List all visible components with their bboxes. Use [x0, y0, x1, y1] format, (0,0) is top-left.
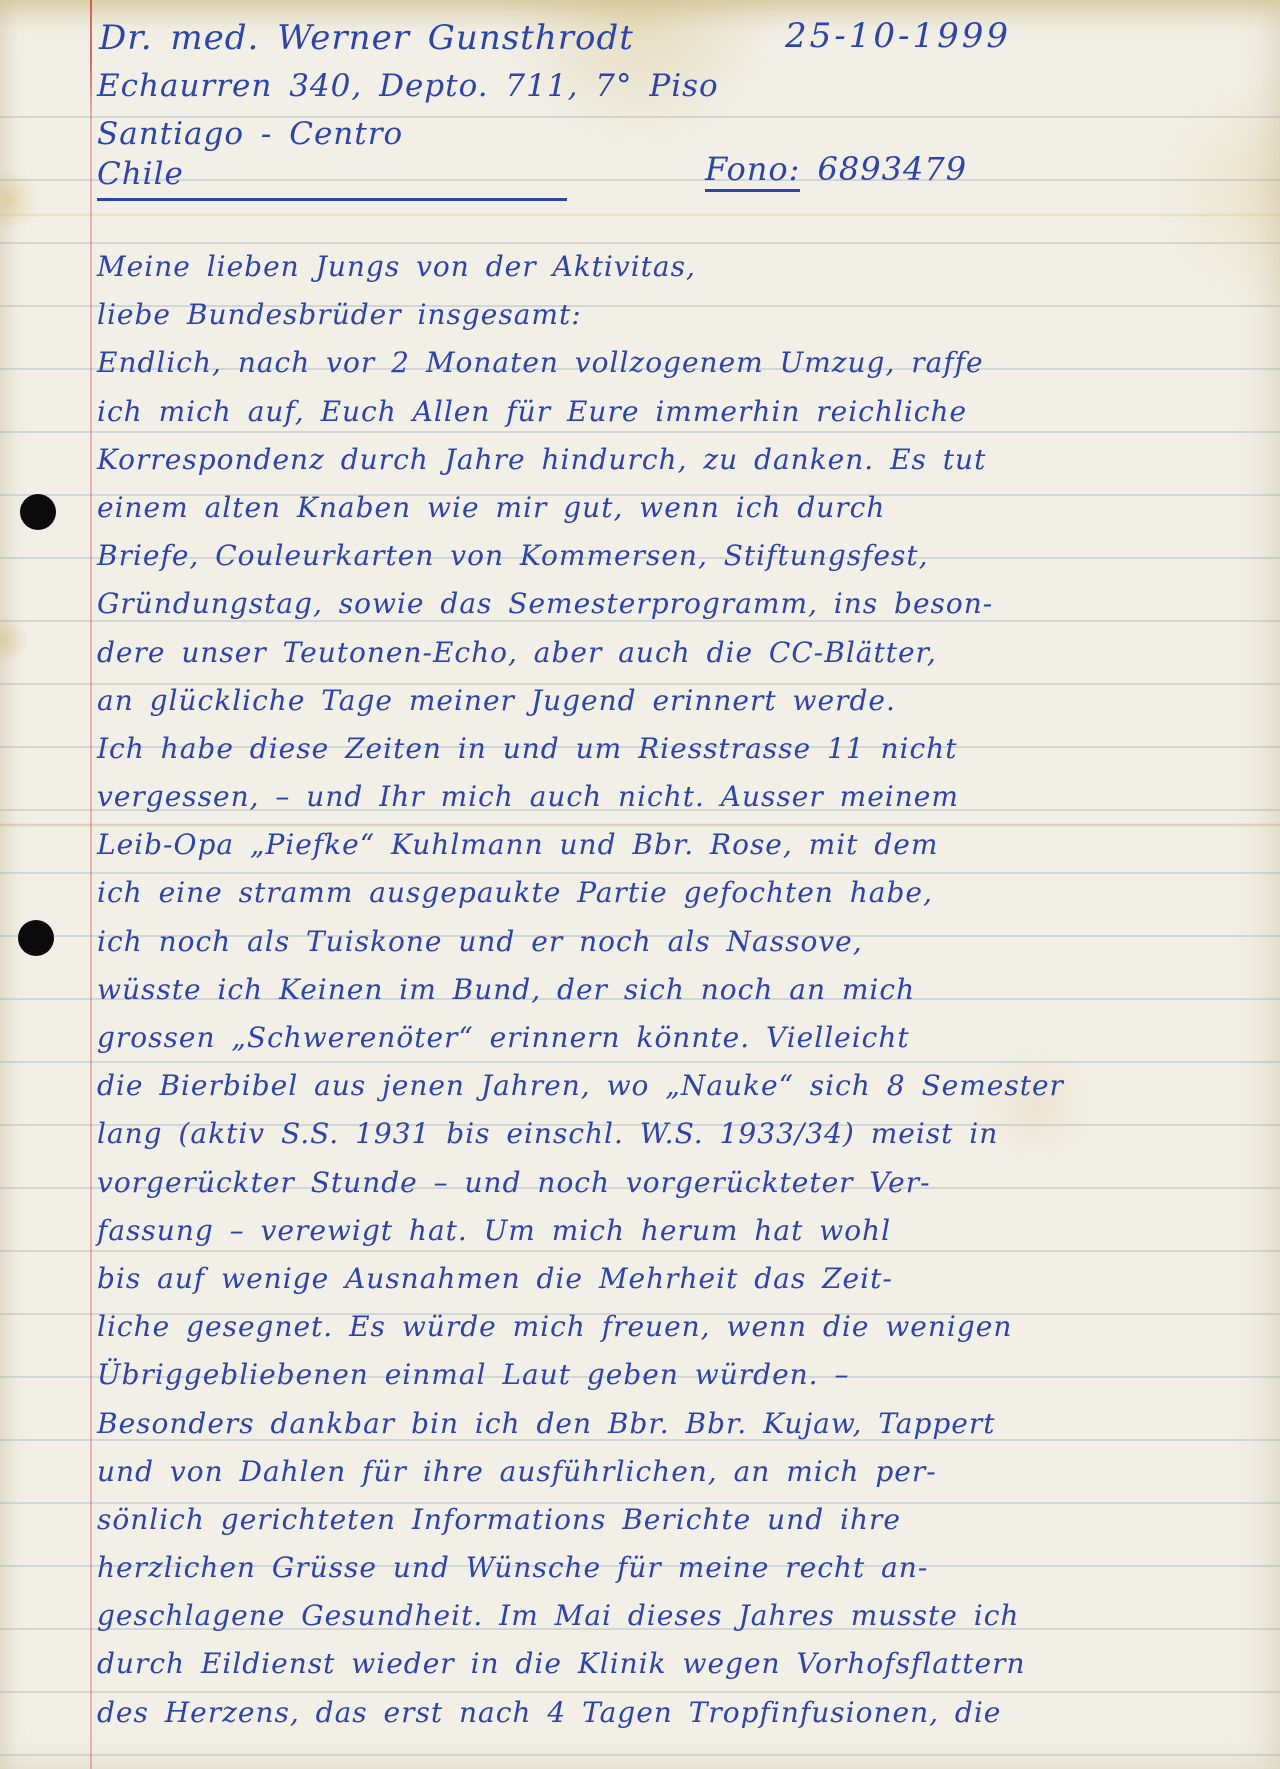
handwritten-line: durch Eildienst wieder in die Klinik weg… [97, 1640, 1157, 1688]
handwritten-line: die Bierbibel aus jenen Jahren, wo „Nauk… [97, 1062, 1157, 1110]
handwritten-line: wüsste ich Keinen im Bund, der sich noch… [97, 966, 1157, 1014]
handwritten-line: ich noch als Tuiskone und er noch als Na… [97, 918, 1157, 966]
handwritten-line: Besonders dankbar bin ich den Bbr. Bbr. … [97, 1400, 1157, 1448]
handwritten-line: herzlichen Grüsse und Wünsche für meine … [97, 1544, 1157, 1592]
phone-number: 6893479 [818, 150, 968, 188]
handwritten-line: geschlagene Gesundheit. Im Mai dieses Ja… [97, 1592, 1157, 1640]
handwritten-line: Übriggebliebenen einmal Laut geben würde… [97, 1351, 1157, 1399]
handwritten-line: Meine lieben Jungs von der Aktivitas, [97, 243, 1157, 291]
handwritten-line: vorgerückter Stunde – und noch vorgerück… [97, 1159, 1157, 1207]
letter-date: 25-10-1999 [785, 16, 1011, 56]
handwritten-line: Ich habe diese Zeiten in und um Riesstra… [97, 725, 1157, 773]
country-underline [97, 198, 567, 201]
handwritten-line: einem alten Knaben wie mir gut, wenn ich… [97, 484, 1157, 532]
handwritten-line: vergessen, – und Ihr mich auch nicht. Au… [97, 773, 1157, 821]
handwritten-line: ich eine stramm ausgepaukte Partie gefoc… [97, 869, 1157, 917]
sender-address: Echaurren 340, Depto. 711, 7° Piso [97, 68, 719, 104]
handwritten-line: dere unser Teutonen-Echo, aber auch die … [97, 629, 1157, 677]
handwritten-line: Korrespondenz durch Jahre hindurch, zu d… [97, 436, 1157, 484]
handwritten-line: ich mich auf, Euch Allen für Eure immerh… [97, 388, 1157, 436]
handwritten-line: Endlich, nach vor 2 Monaten vollzogenem … [97, 339, 1157, 387]
scanned-letter-page: Dr. med. Werner Gunsthrodt 25-10-1999 Ec… [0, 0, 1280, 1769]
handwritten-line: des Herzens, das erst nach 4 Tagen Tropf… [97, 1689, 1157, 1737]
handwritten-line: liebe Bundesbrüder insgesamt: [97, 291, 1157, 339]
sender-name: Dr. med. Werner Gunsthrodt [99, 18, 634, 58]
handwritten-line: Leib-Opa „Piefke“ Kuhlmann und Bbr. Rose… [97, 821, 1157, 869]
sender-country: Chile [97, 156, 184, 192]
red-margin-line [90, 0, 92, 1769]
handwritten-line: sönlich gerichteten Informations Bericht… [97, 1496, 1157, 1544]
handwritten-line: fassung – verewigt hat. Um mich herum ha… [97, 1207, 1157, 1255]
letter-body: Meine lieben Jungs von der Aktivitas,lie… [97, 243, 1157, 1737]
handwritten-line: grossen „Schwerenöter“ erinnern könnte. … [97, 1014, 1157, 1062]
handwritten-line: und von Dahlen für ihre ausführlichen, a… [97, 1448, 1157, 1496]
handwritten-line: Gründungstag, sowie das Semesterprogramm… [97, 580, 1157, 628]
handwritten-line: lang (aktiv S.S. 1931 bis einschl. W.S. … [97, 1110, 1157, 1158]
handwritten-line: liche gesegnet. Es würde mich freuen, we… [97, 1303, 1157, 1351]
sender-city: Santiago - Centro [97, 116, 403, 152]
phone-line: Fono: 6893479 [705, 150, 967, 188]
handwritten-line: an glückliche Tage meiner Jugend erinner… [97, 677, 1157, 725]
letter-content: Dr. med. Werner Gunsthrodt 25-10-1999 Ec… [97, 0, 1252, 1769]
phone-label: Fono: [705, 150, 800, 192]
punch-hole-icon [20, 494, 56, 530]
punch-hole-icon [18, 920, 54, 956]
handwritten-line: Briefe, Couleurkarten von Kommersen, Sti… [97, 532, 1157, 580]
handwritten-line: bis auf wenige Ausnahmen die Mehrheit da… [97, 1255, 1157, 1303]
